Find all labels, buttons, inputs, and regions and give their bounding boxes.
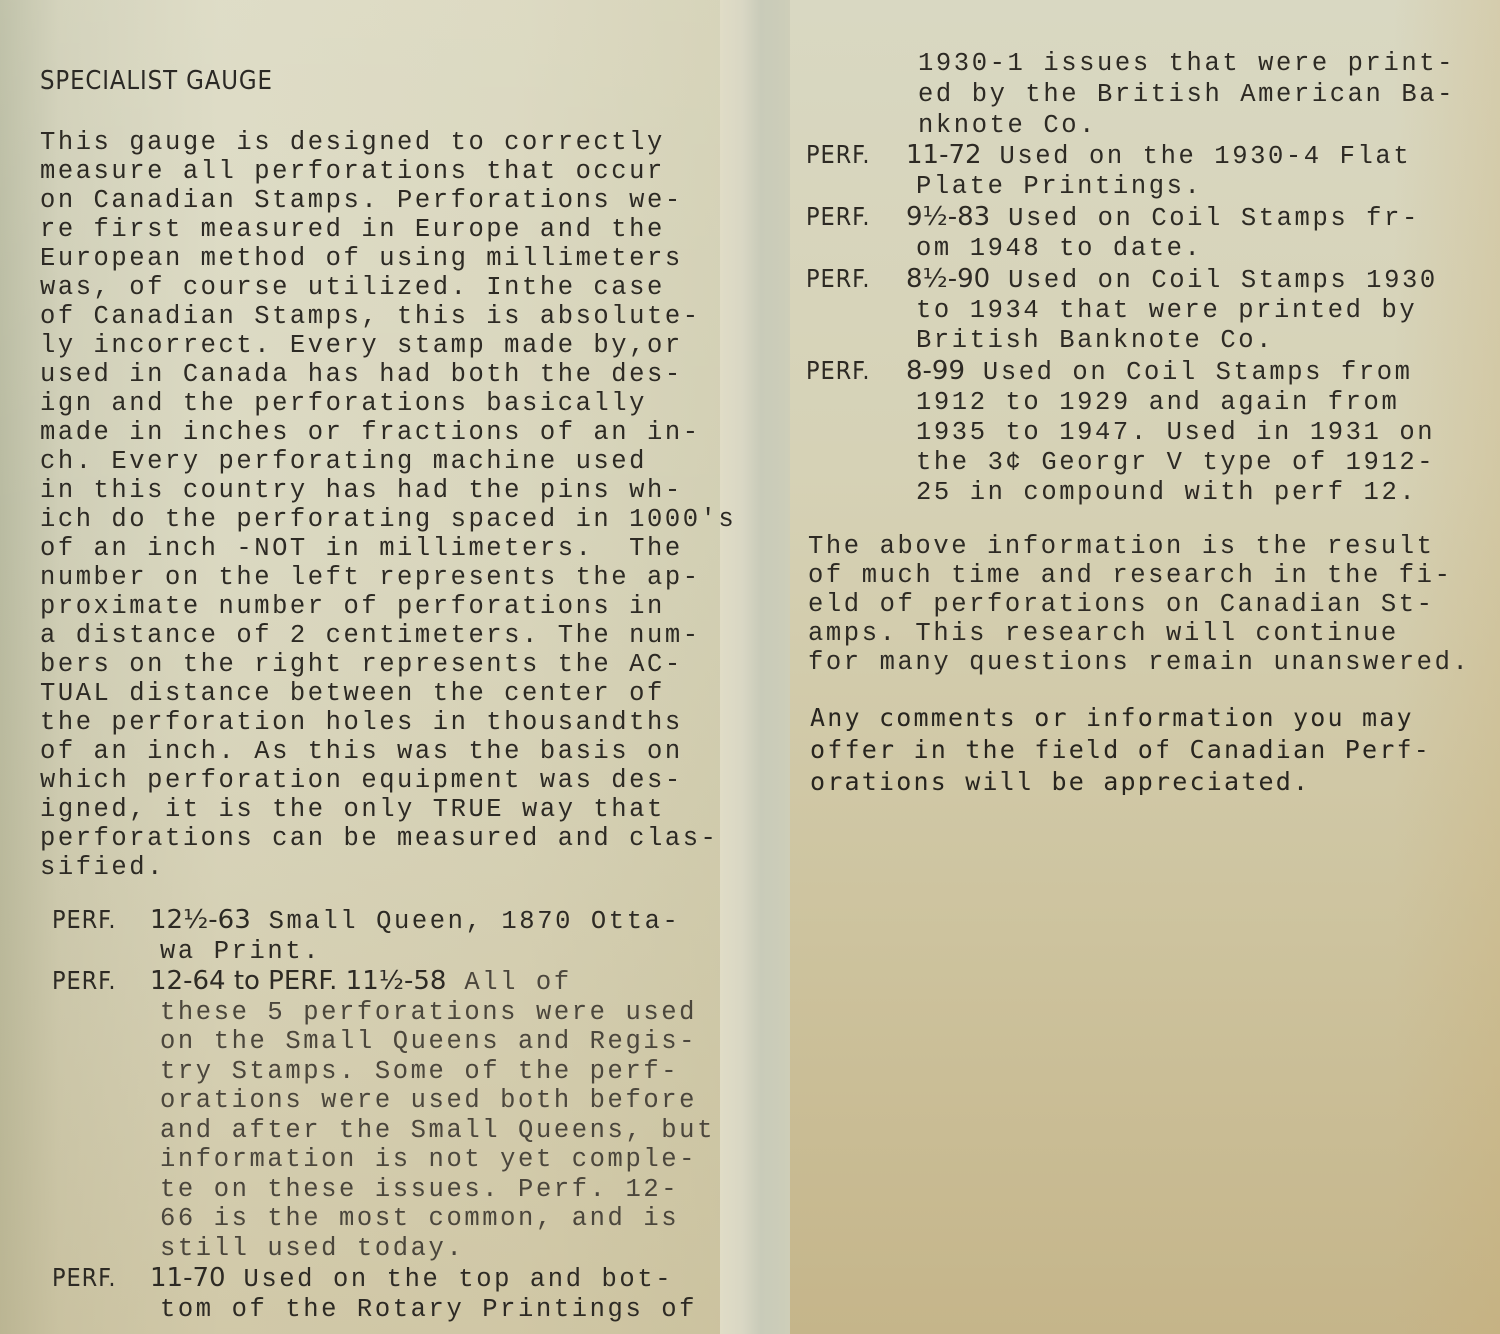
perf-code: 8-99 (906, 356, 965, 386)
perf-label: PERF. (52, 1263, 140, 1293)
perf-entry: PERF.9½-83 Used on Coil Stamps fr-om 194… (806, 202, 1438, 264)
conclusion-paragraph: The above information is the resultof mu… (808, 532, 1470, 677)
perf-description-line: these 5 perforations were used (52, 998, 715, 1028)
perf-code: 11-70 (150, 1263, 226, 1293)
perf-label: PERF. (806, 202, 896, 232)
perf-description-line: the 3¢ Georgr V type of 1912- (806, 448, 1438, 478)
intro-line: measure all perforations that occur (40, 157, 736, 186)
left-perf-list: PERF.12½-63 Small Queen, 1870 Otta-wa Pr… (52, 905, 715, 1324)
intro-line: sified. (40, 853, 736, 882)
intro-line: which perforation equipment was des- (40, 766, 736, 795)
request-line: offer in the field of Canadian Perf- (810, 734, 1431, 766)
booklet-spread: SPECIALIST GAUGE This gauge is designed … (0, 0, 1500, 1334)
right-perf-list: PERF.11-72 Used on the 1930-4 FlatPlate … (806, 140, 1438, 508)
intro-line: number on the left represents the ap- (40, 563, 736, 592)
perf-entry: PERF.11-72 Used on the 1930-4 FlatPlate … (806, 140, 1438, 202)
continued-line: 1930-1 issues that were print- (918, 48, 1455, 79)
page-title: SPECIALIST GAUGE (40, 66, 273, 96)
perf-description-line: Used on Coil Stamps from (965, 358, 1413, 387)
intro-line: was, of course utilized. Inthe case (40, 273, 736, 302)
continued-line: nknote Co. (918, 110, 1455, 141)
perf-description-line: Plate Printings. (806, 172, 1438, 202)
perf-code: 12½-63 (150, 905, 251, 935)
perf-entry: PERF.12-64 to PERF. 11½-58 All ofthese 5… (52, 966, 715, 1263)
perf-description-line: 25 in compound with perf 12. (806, 478, 1438, 508)
perf-label: PERF. (806, 264, 896, 294)
perf-code: 8½-90 (906, 264, 990, 294)
intro-paragraph: This gauge is designed to correctlymeasu… (40, 128, 736, 882)
perf-description-line: wa Print. (52, 937, 715, 967)
intro-line: This gauge is designed to correctly (40, 128, 736, 157)
perf-description-line: orations were used both before (52, 1086, 715, 1116)
intro-line: proximate number of perforations in (40, 592, 736, 621)
perf-entry: PERF.8-99 Used on Coil Stamps from1912 t… (806, 356, 1438, 508)
intro-line: in this country has had the pins wh- (40, 476, 736, 505)
perf-description-line: te on these issues. Perf. 12- (52, 1175, 715, 1205)
intro-line: re first measured in Europe and the (40, 215, 736, 244)
perf-description-line: tom of the Rotary Printings of (52, 1295, 715, 1325)
conclusion-line: for many questions remain unanswered. (808, 648, 1470, 677)
perf-description-line: 1935 to 1947. Used in 1931 on (806, 418, 1438, 448)
perf-description-line: and after the Small Queens, but (52, 1116, 715, 1146)
perf-label: PERF. (52, 966, 140, 996)
perf-description-line: 66 is the most common, and is (52, 1204, 715, 1234)
intro-line: of an inch. As this was the basis on (40, 737, 736, 766)
conclusion-line: amps. This research will continue (808, 619, 1470, 648)
perf-description-line: Small Queen, 1870 Otta- (251, 907, 681, 936)
perf-entry: PERF.11-70 Used on the top and bot-tom o… (52, 1263, 715, 1324)
intro-line: TUAL distance between the center of (40, 679, 736, 708)
request-paragraph: Any comments or information you mayoffer… (810, 702, 1431, 798)
perf-description-line: information is not yet comple- (52, 1145, 715, 1175)
intro-line: used in Canada has had both the des- (40, 360, 736, 389)
intro-line: European method of using millimeters (40, 244, 736, 273)
perf-description-line: on the Small Queens and Regis- (52, 1027, 715, 1057)
request-line: orations will be appreciated. (810, 766, 1431, 798)
conclusion-line: eld of perforations on Canadian St- (808, 590, 1470, 619)
continued-line: ed by the British American Ba- (918, 79, 1455, 110)
intro-line: ich do the perforating spaced in 1000's (40, 505, 736, 534)
request-line: Any comments or information you may (810, 702, 1431, 734)
perf-description-line: still used today. (52, 1234, 715, 1264)
perf-description-line: Used on the top and bot- (226, 1265, 674, 1294)
perf-description-line: to 1934 that were printed by (806, 296, 1438, 326)
continued-text: 1930-1 issues that were print-ed by the … (918, 48, 1455, 141)
conclusion-line: of much time and research in the fi- (808, 561, 1470, 590)
perf-entry: PERF.12½-63 Small Queen, 1870 Otta-wa Pr… (52, 905, 715, 966)
perf-description-line: om 1948 to date. (806, 234, 1438, 264)
intro-line: ly incorrect. Every stamp made by,or (40, 331, 736, 360)
intro-line: igned, it is the only TRUE way that (40, 795, 736, 824)
perf-description-line: Used on Coil Stamps 1930 (990, 266, 1438, 295)
perf-label: PERF. (806, 140, 896, 170)
perf-description-line: Used on the 1930-4 Flat (982, 142, 1412, 171)
intro-line: perforations can be measured and clas- (40, 824, 736, 853)
intro-line: bers on the right represents the AC- (40, 650, 736, 679)
conclusion-line: The above information is the result (808, 532, 1470, 561)
perf-code: 12-64 to PERF. 11½-58 (150, 966, 446, 996)
intro-line: the perforation holes in thousandths (40, 708, 736, 737)
perf-description-line: British Banknote Co. (806, 326, 1438, 356)
intro-line: made in inches or fractions of an in- (40, 418, 736, 447)
intro-line: ign and the perforations basically (40, 389, 736, 418)
perf-description-line: Used on Coil Stamps fr- (990, 204, 1420, 233)
perf-label: PERF. (52, 905, 140, 935)
perf-code: 9½-83 (906, 202, 990, 232)
perf-entry: PERF.8½-90 Used on Coil Stamps 1930to 19… (806, 264, 1438, 356)
intro-line: of an inch -NOT in millimeters. The (40, 534, 736, 563)
intro-line: ch. Every perforating machine used (40, 447, 736, 476)
intro-line: a distance of 2 centimeters. The num- (40, 621, 736, 650)
intro-line: on Canadian Stamps. Perforations we- (40, 186, 736, 215)
perf-description-line: All of (446, 968, 571, 997)
perf-label: PERF. (806, 356, 896, 386)
perf-code: 11-72 (906, 140, 982, 170)
perf-description-line: try Stamps. Some of the perf- (52, 1057, 715, 1087)
intro-line: of Canadian Stamps, this is absolute- (40, 302, 736, 331)
perf-description-line: 1912 to 1929 and again from (806, 388, 1438, 418)
